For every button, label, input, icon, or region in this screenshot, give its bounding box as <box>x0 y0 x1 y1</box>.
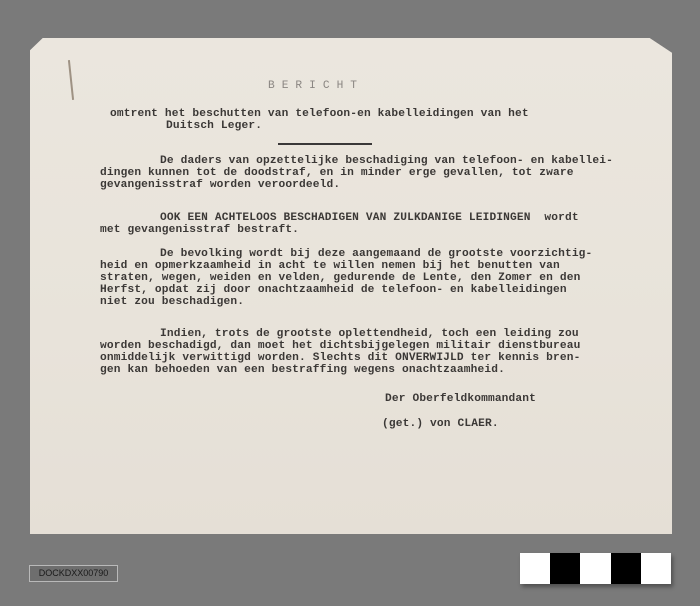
p3-line-2: heid en opmerkzaamheid in acht te willen… <box>100 260 560 272</box>
scale-segment-white <box>641 553 671 584</box>
document-title: BERICHT <box>268 80 364 92</box>
document-paper: BERICHT omtrent het beschutten van telef… <box>30 38 672 534</box>
scale-segment-black <box>611 553 641 584</box>
p1-line-2: dingen kunnen tot de doodstraf, en in mi… <box>100 167 574 179</box>
archive-code-label: DOCKDXX00790 <box>29 565 118 582</box>
p4-line-4: gen kan behoeden van een bestraffing weg… <box>100 364 505 376</box>
p3-line-4: Herfst, opdat zij door onachtzaamheid de… <box>100 284 567 296</box>
p1-line-1: De daders van opzettelijke beschadiging … <box>160 155 613 167</box>
scale-segment-white <box>580 553 610 584</box>
p4-line-2: worden beschadigd, dan moet het dichtsbi… <box>100 340 580 352</box>
signature-name: (get.) von CLAER. <box>382 418 499 430</box>
p3-line-5: niet zou beschadigen. <box>100 296 244 308</box>
p1-line-3: gevangenisstraf worden veroordeeld. <box>100 179 340 191</box>
subtitle-line-1: omtrent het beschutten van telefoon-en k… <box>110 108 529 120</box>
p4-line-3: onmiddelijk verwittigd worden. Slechts d… <box>100 352 580 364</box>
p2-line-1: OOK EEN ACHTELOOS BESCHADIGEN VAN ZULKDA… <box>160 212 579 224</box>
subtitle-line-2: Duitsch Leger. <box>166 120 262 132</box>
p4-line-1: Indien, trots de grootste oplettendheid,… <box>160 328 579 340</box>
title-rule <box>278 143 372 145</box>
scale-segment-black <box>550 553 580 584</box>
p3-line-3: straten, wegen, weiden en velden, gedure… <box>100 272 580 284</box>
scale-segment-white <box>520 553 550 584</box>
p3-line-1: De bevolking wordt bij deze aangemaand d… <box>160 248 592 260</box>
p2-line-2: met gevangenisstraf bestraft. <box>100 224 299 236</box>
color-scale-bar <box>520 553 671 584</box>
signature-title: Der Oberfeldkommandant <box>385 393 536 405</box>
stain-mark <box>68 60 74 100</box>
